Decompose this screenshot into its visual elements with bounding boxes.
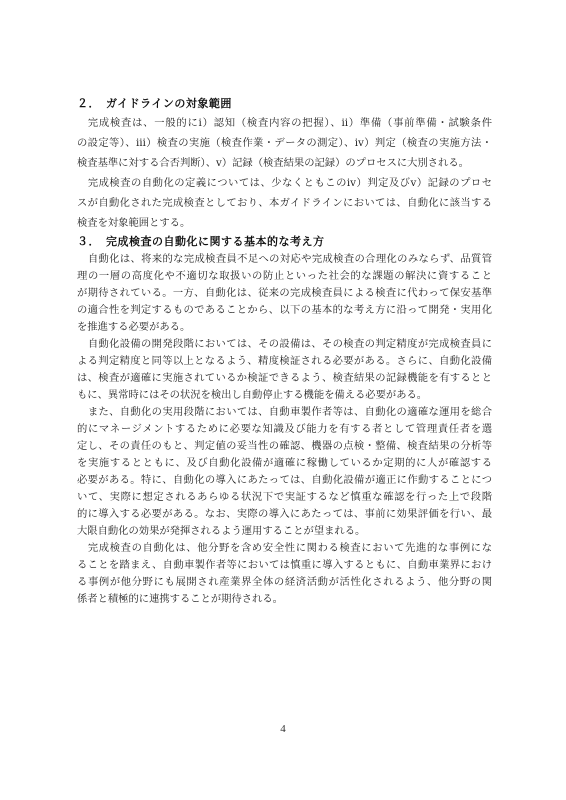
section-guideline-scope: ２． ガイドラインの対象範囲 完成検査は、一般的にⅰ）認知（検査内容の把握）、ⅱ… bbox=[77, 94, 492, 234]
page-content: ２． ガイドラインの対象範囲 完成検査は、一般的にⅰ）認知（検査内容の把握）、ⅱ… bbox=[77, 94, 492, 608]
text-line: を実施するとともに、及び自動化設備が適確に稼働しているか定期的に人が確認する bbox=[77, 455, 492, 472]
text-line: 検査基準に対する合否判断）、ⅴ）記録（検査結果の記録）のプロセスに大別される。 bbox=[77, 154, 492, 174]
paragraph-industry-cooperation: 完成検査の自動化は、他分野を含め安全性に関わる検査において先進的な事例になること… bbox=[77, 540, 492, 608]
text-line: 的にマネージメントするために必要な知識及び能力を有する者として管理責任者を選 bbox=[77, 421, 492, 438]
paragraph-automation-expectations: 自動化は、将来的な完成検査員不足への対応や完成検査の合理化のみならず、品質管理の… bbox=[77, 251, 492, 336]
paragraph-development-stage: 自動化設備の開発段階においては、その設備は、その検査の判定精度が完成検査員による… bbox=[77, 336, 492, 404]
text-line: 理の一層の高度化や不適切な取扱いの防止といった社会的な課題の解決に資すること bbox=[77, 268, 492, 285]
text-line: ることを踏まえ、自動車製作者等においては慎重に導入するともに、自動車業界におけ bbox=[77, 557, 492, 574]
document-page: ２． ガイドラインの対象範囲 完成検査は、一般的にⅰ）認知（検査内容の把握）、ⅱ… bbox=[0, 0, 566, 800]
text-line: 定し、その責任のもと、判定値の妥当性の確認、機器の点検・整備、検査結果の分析等 bbox=[77, 438, 492, 455]
paragraph-inspection-process: 完成検査は、一般的にⅰ）認知（検査内容の把握）、ⅱ）準備（事前準備・試験条件の設… bbox=[77, 114, 492, 174]
text-line: 自動化設備の開発段階においては、その設備は、その検査の判定精度が完成検査員に bbox=[77, 336, 492, 353]
text-line: が期待されている。一方、自動化は、従来の完成検査員による検査に代わって保安基準 bbox=[77, 285, 492, 302]
text-line: 完成検査は、一般的にⅰ）認知（検査内容の把握）、ⅱ）準備（事前準備・試験条件 bbox=[77, 114, 492, 134]
section-3-heading: ３． 完成検査の自動化に関する基本的な考え方 bbox=[77, 234, 492, 251]
text-line: の設定等）、ⅲ）検査の実施（検査作業・データの測定）、ⅳ）判定（検査の実施方法・ bbox=[77, 134, 492, 154]
text-line: もに、異常時にはその状況を検出し自動停止する機能を備える必要がある。 bbox=[77, 387, 492, 404]
text-line: 完成検査の自動化は、他分野を含め安全性に関わる検査において先進的な事例にな bbox=[77, 540, 492, 557]
text-line: 大限自動化の効果が発揮されるよう運用することが望まれる。 bbox=[77, 523, 492, 540]
paragraph-practical-stage: また、自動化の実用段階においては、自動車製作者等は、自動化の適確な運用を総合的に… bbox=[77, 404, 492, 540]
text-line: 完成検査の自動化の定義については、少なくともこのⅳ）判定及びⅴ）記録のプロセ bbox=[77, 174, 492, 194]
text-line: また、自動化の実用段階においては、自動車製作者等は、自動化の適確な運用を総合 bbox=[77, 404, 492, 421]
text-line: よる判定精度と同等以上となるよう、精度検証される必要がある。さらに、自動化設備 bbox=[77, 353, 492, 370]
text-line: 的に導入する必要がある。なお、実際の導入にあたっては、事前に効果評価を行い、最 bbox=[77, 506, 492, 523]
text-line: 必要がある。特に、自動化の導入にあたっては、自動化設備が適正に作動することにつ bbox=[77, 472, 492, 489]
text-line: の適合性を判定するものであることから、以下の基本的な考え方に沿って開発・実用化 bbox=[77, 302, 492, 319]
text-line: る事例が他分野にも展開され産業界全体の経済活動が活性化されるよう、他分野の関 bbox=[77, 574, 492, 591]
text-line: は、検査が適確に実施されているか検証できるよう、検査結果の記録機能を有するとと bbox=[77, 370, 492, 387]
section-2-heading: ２． ガイドラインの対象範囲 bbox=[77, 94, 492, 114]
page-number: 4 bbox=[0, 723, 566, 735]
text-line: を推進する必要がある。 bbox=[77, 319, 492, 336]
text-line: 検査を対象範囲とする。 bbox=[77, 214, 492, 234]
text-line: スが自動化された完成検査としており、本ガイドラインにおいては、自動化に該当する bbox=[77, 194, 492, 214]
paragraph-automation-definition: 完成検査の自動化の定義については、少なくともこのⅳ）判定及びⅴ）記録のプロセスが… bbox=[77, 174, 492, 234]
text-line: 自動化は、将来的な完成検査員不足への対応や完成検査の合理化のみならず、品質管 bbox=[77, 251, 492, 268]
section-basic-principles: ３． 完成検査の自動化に関する基本的な考え方 自動化は、将来的な完成検査員不足へ… bbox=[77, 234, 492, 608]
text-line: いて、実際に想定されるあらゆる状況下で実証するなど慎重な確認を行った上で段階 bbox=[77, 489, 492, 506]
text-line: 係者と積極的に連携することが期待される。 bbox=[77, 591, 492, 608]
